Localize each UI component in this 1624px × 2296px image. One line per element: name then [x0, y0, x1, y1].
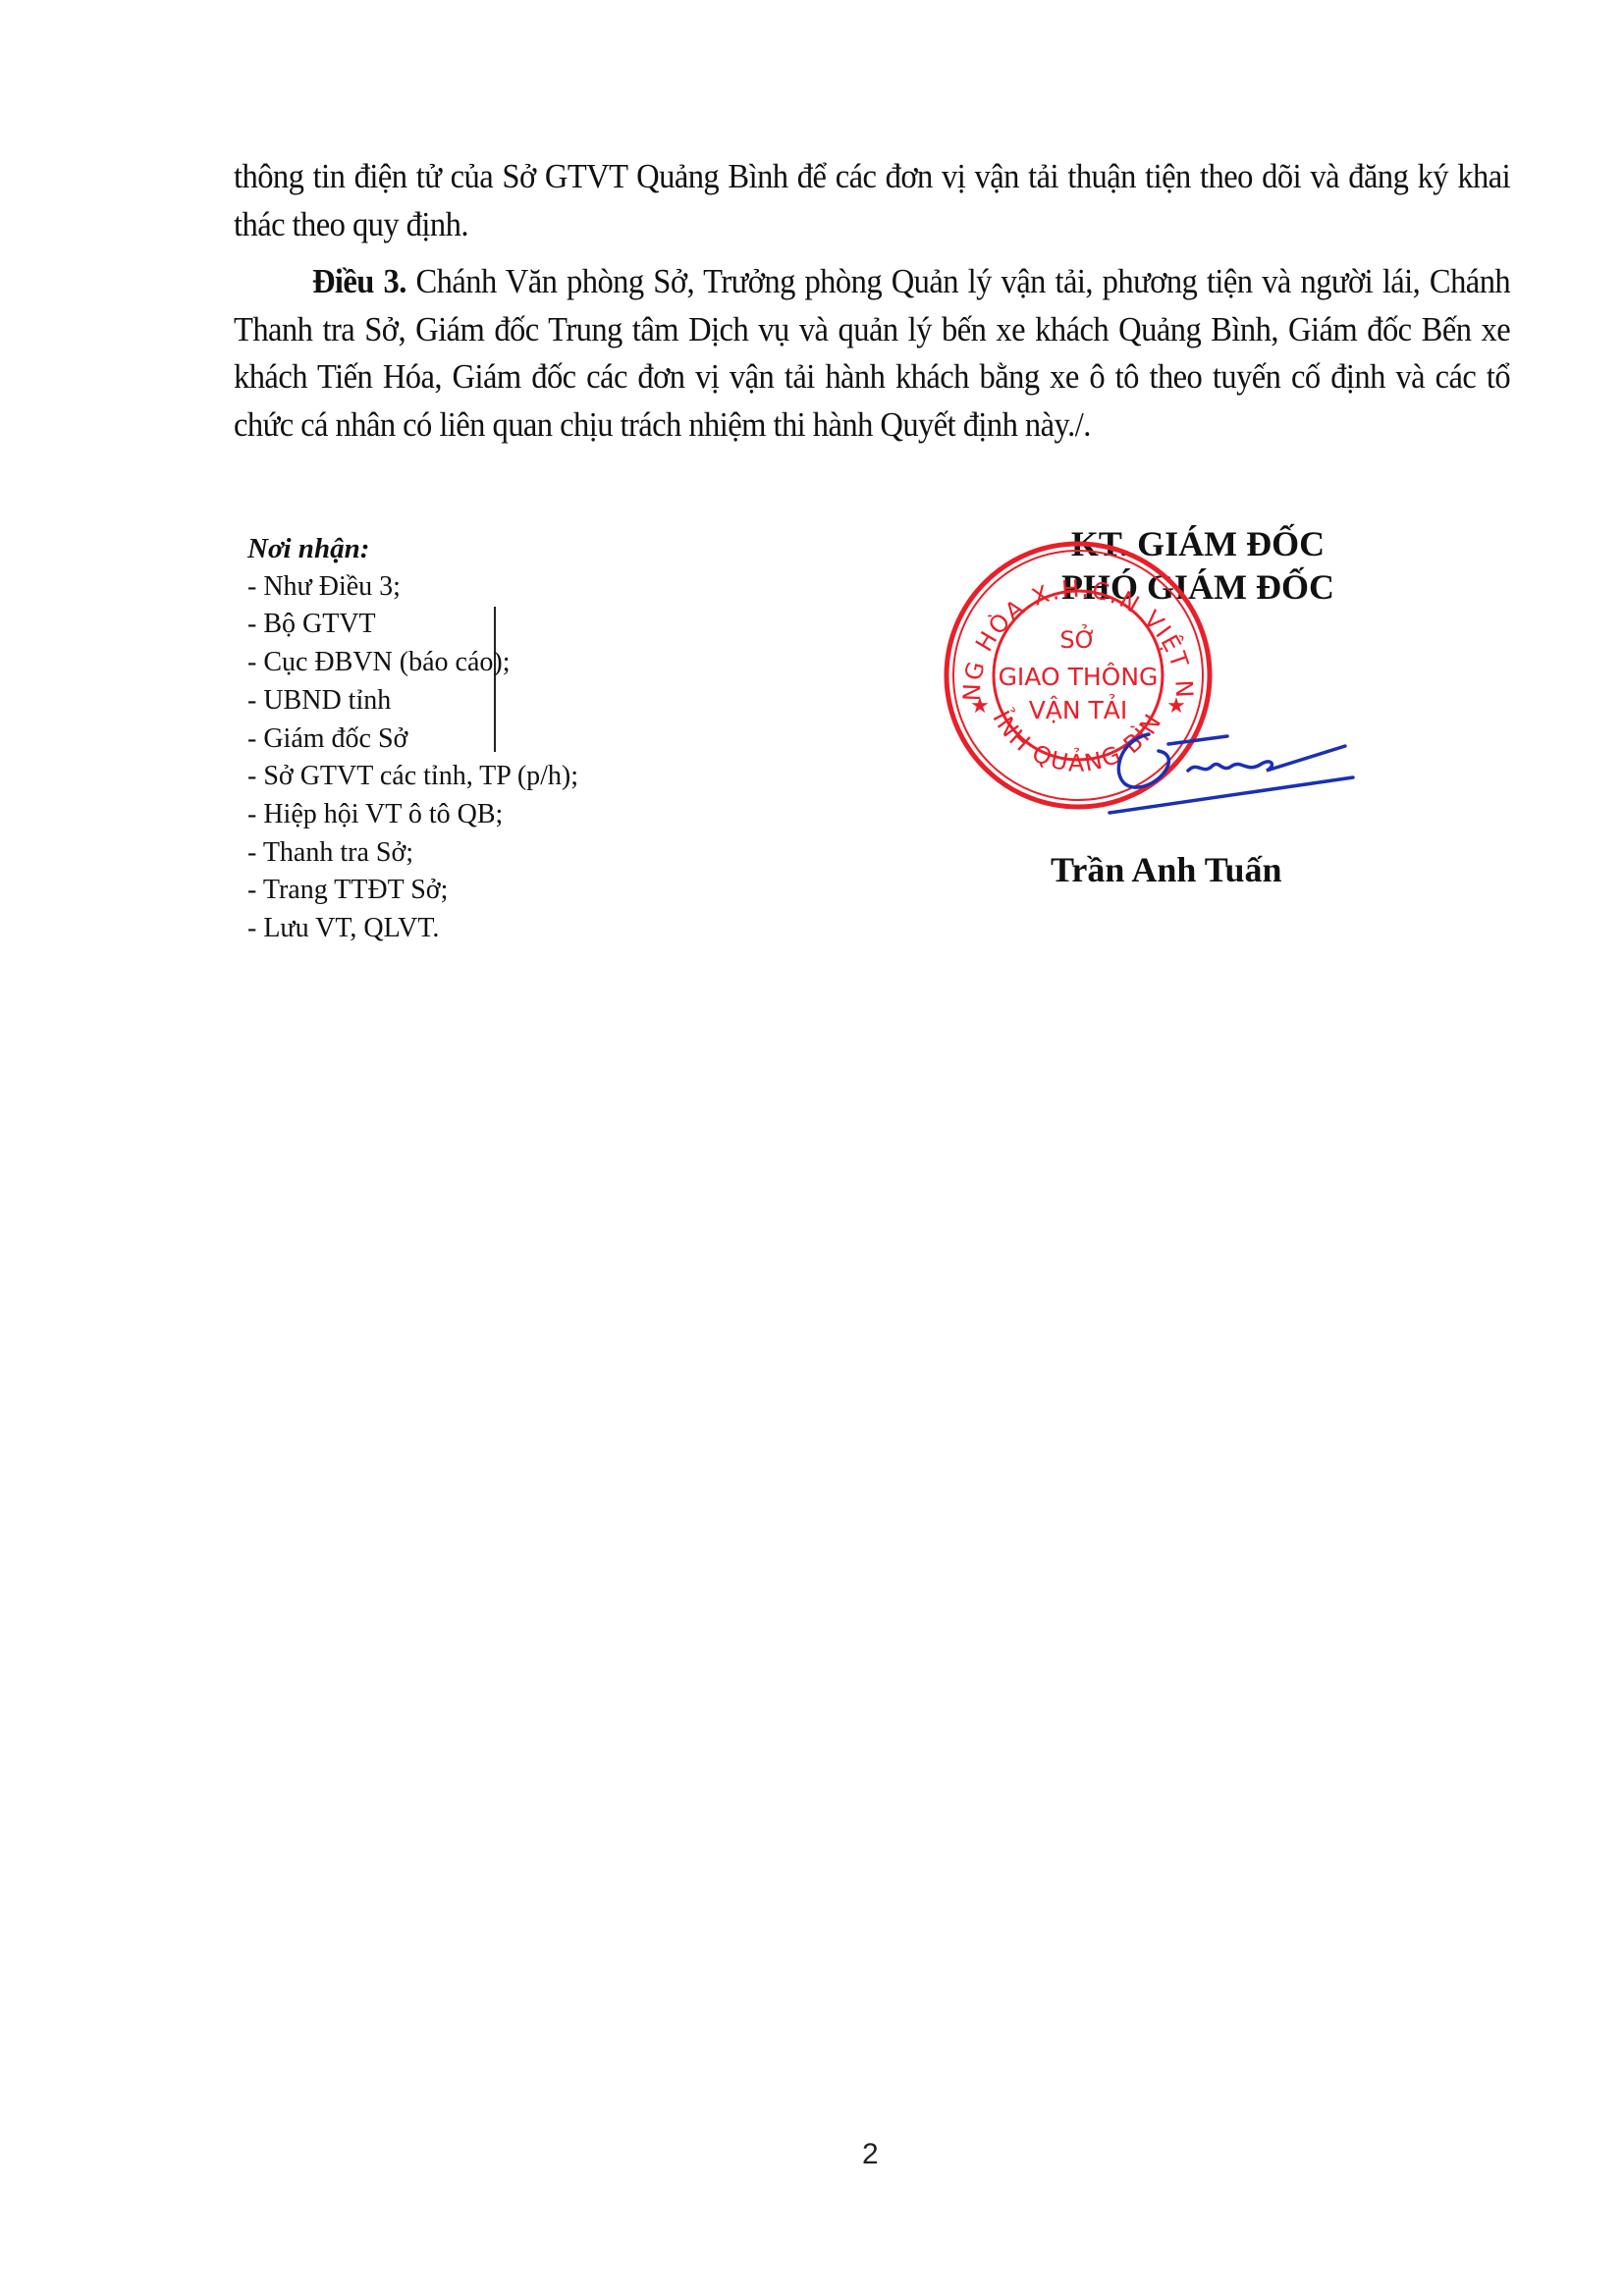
recipient-item: - UBND tỉnh	[247, 682, 578, 721]
recipient-item: - Lưu VT, QLVT.	[247, 910, 578, 948]
svg-text:GIAO THÔNG: GIAO THÔNG	[999, 662, 1159, 691]
recipients-list: Nơi nhận: - Như Điều 3; - Bộ GTVT - Cục …	[247, 530, 578, 948]
recipient-item: - Bộ GTVT	[247, 606, 578, 644]
recipient-item: - Hiệp hội VT ô tô QB;	[247, 796, 578, 834]
handwritten-signature-icon	[1090, 717, 1355, 815]
article-3: Điều 3. Chánh Văn phòng Sở, Trưởng phòng…	[234, 258, 1510, 449]
signature-block: KT. GIÁM ĐỐC PHÓ GIÁM ĐỐC	[992, 522, 1404, 609]
recipient-item: - Sở GTVT các tỉnh, TP (p/h);	[247, 758, 578, 796]
recipient-item: - Như Điều 3;	[247, 568, 578, 607]
recipients-title: Nơi nhận:	[247, 530, 578, 568]
paragraph-continuation: thông tin điện tử của Sở GTVT Quảng Bình…	[234, 153, 1510, 248]
recipient-item: - Giám đốc Sở	[247, 721, 578, 759]
recipient-item: - Thanh tra Sở;	[247, 834, 578, 873]
svg-text:SỞ: SỞ	[1059, 623, 1096, 654]
svg-text:★: ★	[970, 693, 990, 718]
signer-name: Trần Anh Tuấn	[1051, 849, 1282, 890]
signature-title-line1: KT. GIÁM ĐỐC	[992, 522, 1404, 565]
recipients-bracket-line	[494, 607, 496, 752]
recipient-item: - Trang TTĐT Sở;	[247, 872, 578, 910]
recipient-item: - Cục ĐBVN (báo cáo);	[247, 644, 578, 682]
page-number: 2	[862, 2138, 879, 2171]
svg-text:★: ★	[1166, 693, 1186, 718]
article-3-text: Chánh Văn phòng Sở, Trưởng phòng Quản lý…	[234, 262, 1510, 444]
article-3-heading: Điều 3.	[312, 262, 406, 300]
signature-title-line2: PHÓ GIÁM ĐỐC	[992, 565, 1404, 609]
